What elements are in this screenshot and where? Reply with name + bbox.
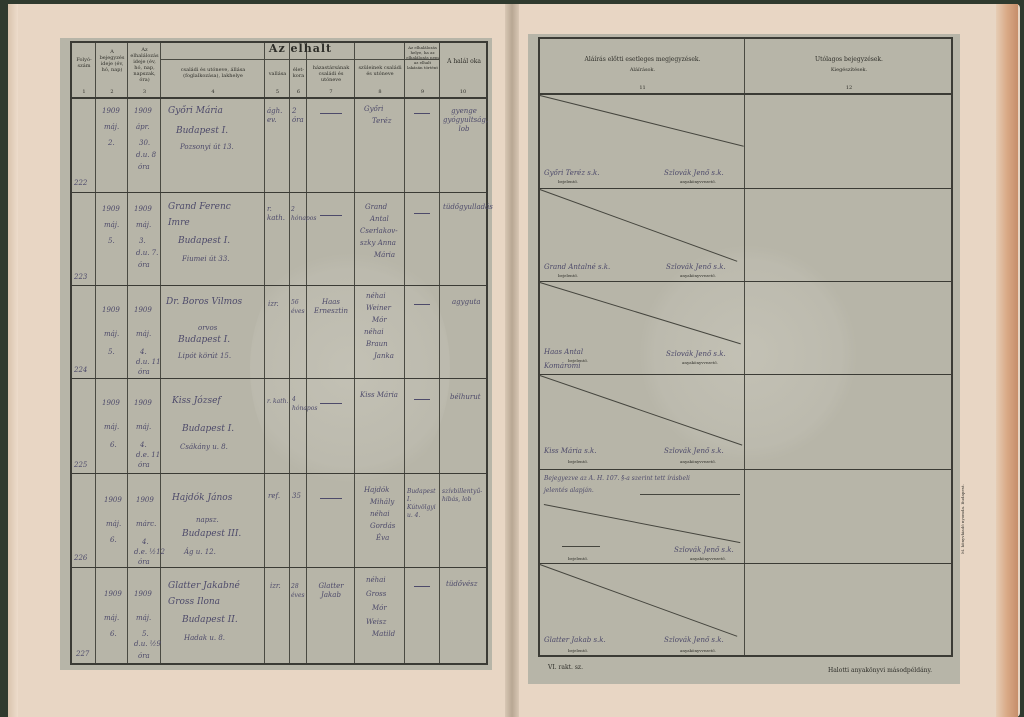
residence-street: Ág u. 12.: [184, 548, 216, 557]
religion: izr.: [268, 300, 279, 309]
reg-day: 2.: [108, 139, 115, 148]
registrar-label: anyakönyvvezető.: [680, 459, 716, 464]
left-page: Az elhalt Folyó-szám A bejegyzés ideje (…: [60, 38, 492, 670]
deceased-name: Dr. Boros Vilmos: [166, 298, 242, 307]
religion: ágh. ev.: [267, 107, 289, 125]
col-num-11: 11: [540, 85, 745, 91]
cause-of-death: gyenge gyógyultság, lob: [443, 107, 485, 134]
parent-line: Cserlakov-: [360, 227, 398, 236]
death-year: 1909: [136, 496, 154, 505]
deceased-occupation: Gross Ilona: [168, 598, 220, 607]
reg-month: máj.: [104, 614, 119, 623]
entry-number: 222: [74, 179, 87, 188]
residence-street: Csákány u. 8.: [180, 443, 228, 452]
registrar-signature: Szlovák Jenő s.k.: [666, 263, 726, 272]
parent-line: Weisz: [366, 618, 386, 627]
reg-month: máj.: [104, 221, 119, 230]
deceased-name: Győri Mária: [168, 107, 223, 116]
strike-line: [540, 282, 741, 344]
declarant-label: bejelentő.: [558, 179, 578, 184]
book-spine: [505, 4, 519, 717]
place-empty-dash: [414, 213, 430, 214]
death-place: Budapest I. Kútvölgyi u. 4.: [407, 488, 439, 520]
remark-note: Bejegyezve az A. H. 107. §-a szerint tet…: [544, 474, 690, 483]
declarant-signature: Haas Antal: [544, 348, 583, 357]
col-num-3: 3: [128, 89, 161, 95]
residence-city: Budapest I.: [178, 336, 230, 345]
reg-month: máj.: [104, 423, 119, 432]
parent-line: Antal: [370, 215, 389, 224]
reg-year: 1909: [104, 590, 122, 599]
residence-street: Pozsonyi út 13.: [180, 143, 234, 152]
age: 2 óra: [292, 107, 306, 125]
death-register-table: Az elhalt Folyó-szám A bejegyzés ideje (…: [70, 41, 488, 665]
col-header-10: A halál oka: [442, 55, 486, 69]
remarks-row: Glatter Jakab s.k. bejelentő. Szlovák Je…: [540, 564, 951, 659]
place-empty-dash: [414, 304, 430, 305]
age: 56 éves: [291, 298, 306, 316]
parent-line: Janka: [374, 352, 394, 361]
col-num-6: 6: [290, 89, 307, 95]
strike-line: [540, 95, 744, 147]
declarant-label: bejelentő.: [568, 459, 588, 464]
strike-line: [544, 504, 741, 543]
reg-month: máj.: [106, 520, 121, 529]
residence-street: Lipót körút 15.: [178, 352, 231, 361]
spouse-name: Haas Ernesztin: [309, 298, 353, 316]
col-header-3: Az elhalálozás ideje (év, hó, nap, napsz…: [129, 47, 160, 83]
spouse-name: Glatter Jakab: [309, 582, 353, 600]
table-row: 223 1909 máj. 5. 1909 máj. 3. d.u. 7. ór…: [72, 193, 486, 286]
remark-note-2: jelentés alapján.: [544, 486, 594, 495]
col-num-7: 7: [307, 89, 355, 95]
deceased-name: Grand Ferenc: [168, 203, 231, 212]
death-year: 1909: [134, 399, 152, 408]
col-header-1: Folyó-szám: [72, 57, 96, 69]
residence-street: Hadak u. 8.: [184, 634, 225, 643]
death-day: 4.: [140, 348, 147, 357]
table-row: 226 1909 máj. 6. 1909 márc. 4. d.e. ½12 …: [72, 474, 486, 568]
col12-subtitle: Kiegészítések.: [745, 67, 953, 73]
declarant-label: bejelentő.: [558, 273, 578, 278]
age: 28 éves: [291, 582, 306, 600]
residence-city: Budapest I.: [176, 127, 228, 136]
death-month: máj.: [136, 330, 151, 339]
death-month: máj.: [136, 614, 151, 623]
parent-line: néhai: [364, 328, 384, 337]
reg-month: máj.: [104, 123, 119, 132]
strike-line: [540, 564, 738, 637]
parent-line: Mór: [372, 604, 387, 613]
reg-year: 1909: [104, 496, 122, 505]
parent-line: Matild: [372, 630, 395, 639]
registrar-label: anyakönyvvezető.: [690, 556, 726, 561]
reg-year: 1909: [102, 205, 120, 214]
declarant-signature: Glatter Jakab s.k.: [544, 636, 606, 645]
age: 4 hónapos: [292, 395, 306, 413]
footer-form-title: Halotti anyakönyvi másodpéldány.: [828, 667, 932, 674]
fill-line: [640, 494, 740, 495]
col11-subtitle: Aláírások.: [540, 67, 745, 73]
death-month: márc.: [136, 520, 156, 529]
reg-year: 1909: [102, 107, 120, 116]
place-empty-dash: [414, 399, 430, 400]
deceased-name: Glatter Jakabné: [168, 582, 240, 591]
death-year: 1909: [134, 205, 152, 214]
col11-title: Aláírás előtti esetleges megjegyzések.: [540, 57, 745, 63]
reg-day: 5.: [108, 348, 115, 357]
printer-imprint: M. könyvkiadó nyomda. Budapest.: [960, 484, 965, 554]
religion: r. kath.: [267, 397, 288, 406]
registrar-signature: Szlovák Jenő s.k.: [666, 350, 726, 359]
parent-line: Mór: [372, 316, 387, 325]
col-header-4: családi és utóneve, állása (foglalkozása…: [167, 67, 259, 79]
death-year: 1909: [134, 306, 152, 315]
remarks-row: Grand Antalné s.k. bejelentő. Szlovák Je…: [540, 189, 951, 282]
death-hour-label: óra: [138, 558, 150, 567]
deceased-occupation: napsz.: [196, 516, 219, 525]
parent-line: Weiner: [366, 304, 391, 313]
col-header-5: vallása: [265, 71, 290, 77]
deceased-name: Hajdók János: [172, 494, 232, 503]
death-year: 1909: [134, 107, 152, 116]
cause-of-death: tüdővész: [446, 580, 477, 589]
reg-day: 6.: [110, 630, 117, 639]
death-hour-label: óra: [138, 461, 150, 470]
strike-line: [540, 375, 743, 446]
age: 35: [292, 492, 301, 501]
place-empty-dash: [414, 113, 430, 114]
col-header-8: szüleinek családi és utóneve: [357, 65, 403, 77]
remarks-row: Haas Antal bejelentő. Komáromi Szlovák J…: [540, 282, 951, 375]
col-header-9: Az elhalálozás helye, ha az elhalálozás …: [406, 45, 439, 70]
parent-line: Győri: [364, 105, 383, 114]
col-num-1: 1: [72, 89, 96, 95]
col-num-4: 4: [161, 89, 265, 95]
declarant-signature-2: Komáromi: [544, 362, 581, 371]
blank-line: [562, 546, 600, 547]
death-day: 4.: [140, 441, 147, 450]
cause-of-death: szívbillentyű-hibás, lob: [442, 488, 486, 504]
reg-year: 1909: [102, 399, 120, 408]
death-month: ápr.: [136, 123, 149, 132]
remarks-table: Aláírás előtti esetleges megjegyzések. A…: [538, 37, 953, 657]
religion: izr.: [270, 582, 281, 591]
residence-city: Budapest II.: [182, 616, 238, 625]
registrar-signature: Szlovák Jenő s.k.: [674, 546, 734, 555]
cause-of-death: bélhurut: [450, 393, 481, 402]
remarks-row: Kiss Mária s.k. bejelentő. Szlovák Jenő …: [540, 375, 951, 470]
header-title: Az elhalt: [161, 46, 440, 52]
residence-city: Budapest I.: [178, 237, 230, 246]
parent-line: Hajdók: [364, 486, 389, 495]
remarks-header: Aláírás előtti esetleges megjegyzések. A…: [540, 39, 951, 95]
residence-street: Fiumei út 33.: [182, 255, 230, 264]
death-hour-label: óra: [138, 163, 150, 172]
spouse-empty-dash: [320, 498, 342, 499]
parent-line: szky Anna: [360, 239, 396, 248]
deceased-occupation: Imre: [168, 219, 190, 228]
col-num-9: 9: [405, 89, 440, 95]
strike-line: [540, 189, 738, 262]
parent-line: Braun: [366, 340, 388, 349]
death-day: 5.: [142, 630, 149, 639]
death-time: d.e. ½12: [134, 548, 165, 557]
place-empty-dash: [414, 586, 430, 587]
parent-line: Grand: [365, 203, 387, 212]
col12-title: Utólagos bejegyzések.: [745, 57, 953, 63]
col-num-5: 5: [265, 89, 290, 95]
parent-line: Mária: [374, 251, 395, 260]
death-hour-label: óra: [138, 261, 150, 270]
right-page: Aláírás előtti esetleges megjegyzések. A…: [528, 34, 960, 684]
col-num-2: 2: [96, 89, 128, 95]
table-row: 225 1909 máj. 6. 1909 máj. 4. d.e. 11 ór…: [72, 379, 486, 474]
reg-month: máj.: [104, 330, 119, 339]
col-num-12: 12: [745, 85, 953, 91]
declarant-label: bejelentő.: [568, 556, 588, 561]
death-month: máj.: [136, 423, 151, 432]
death-year: 1909: [134, 590, 152, 599]
table-header: Az elhalt Folyó-szám A bejegyzés ideje (…: [72, 43, 486, 99]
registrar-signature: Szlovák Jenő s.k.: [664, 447, 724, 456]
death-time: d.u. 7.: [136, 249, 158, 258]
death-month: máj.: [136, 221, 151, 230]
declarant-signature: Kiss Mária s.k.: [544, 447, 597, 456]
col-num-8: 8: [355, 89, 405, 95]
cause-of-death: tüdőgyulladás: [443, 203, 485, 212]
col-header-7: házastársának családi és utóneve: [309, 65, 353, 83]
declarant-label: bejelentő.: [568, 648, 588, 653]
table-row: 222 1909 máj. 2. 1909 ápr. 30. d.u. 8 ór…: [72, 99, 486, 193]
table-row: 227 1909 máj. 6. 1909 máj. 5. d.u. ½9 ór…: [72, 568, 486, 663]
registrar-label: anyakönyvvezető.: [680, 648, 716, 653]
entry-number: 223: [74, 273, 87, 282]
death-hour-label: óra: [138, 368, 150, 377]
death-time: d.u. 8: [136, 151, 156, 160]
page-edge-right: [996, 4, 1018, 717]
declarant-signature: Győri Teréz s.k.: [544, 169, 600, 178]
spouse-empty-dash: [320, 403, 342, 404]
religion: r. kath.: [267, 205, 289, 223]
death-time: d.u. ½9: [134, 640, 161, 649]
parent-line: Gross: [366, 590, 386, 599]
death-day: 30.: [139, 139, 150, 148]
parent-line: Kiss Mária: [360, 391, 398, 400]
reg-day: 6.: [110, 536, 117, 545]
parent-line: néhai: [366, 292, 386, 301]
registrar-signature: Szlovák Jenő s.k.: [664, 636, 724, 645]
spouse-empty-dash: [320, 215, 342, 216]
deceased-occupation: orvos: [198, 324, 217, 333]
cause-of-death: agyguta: [452, 298, 481, 307]
parent-line: Teréz: [372, 117, 391, 126]
religion: ref.: [268, 492, 280, 501]
residence-city: Budapest I.: [182, 425, 234, 434]
registrar-signature: Szlovák Jenő s.k.: [664, 169, 724, 178]
reg-day: 5.: [108, 237, 115, 246]
registrar-label: anyakönyvvezető.: [680, 273, 716, 278]
death-day: 3.: [139, 237, 146, 246]
registrar-label: anyakönyvvezető.: [682, 360, 718, 365]
death-hour-label: óra: [138, 652, 150, 661]
reg-year: 1909: [102, 306, 120, 315]
residence-city: Budapest III.: [182, 530, 241, 539]
remarks-row: Győri Teréz s.k. bejelentő. Szlovák Jenő…: [540, 95, 951, 189]
death-time: d.u. 11: [136, 358, 161, 367]
parent-line: Gordás: [370, 522, 395, 531]
parent-line: Mihály: [370, 498, 394, 507]
parent-line: néhai: [366, 576, 386, 585]
registrar-label: anyakönyvvezető.: [680, 179, 716, 184]
deceased-name: Kiss József: [172, 397, 221, 406]
entry-number: 225: [74, 461, 87, 470]
death-day: 4.: [142, 538, 149, 547]
col-num-10: 10: [440, 89, 486, 95]
table-row: 224 1909 máj. 5. 1909 máj. 4. d.u. 11 ór…: [72, 286, 486, 379]
remarks-row: Bejegyezve az A. H. 107. §-a szerint tet…: [540, 470, 951, 564]
page-edge-left: [8, 4, 18, 717]
col-header-2: A bejegyzés ideje (év, hó, nap): [97, 49, 127, 73]
death-time: d.e. 11: [136, 451, 160, 460]
age: 2 hónapos: [291, 205, 306, 223]
col-header-6: élet-kora: [290, 67, 307, 79]
entry-number: 226: [74, 554, 87, 563]
reg-day: 6.: [110, 441, 117, 450]
entry-number: 224: [74, 366, 87, 375]
parent-line: Éva: [376, 534, 389, 543]
declarant-signature: Grand Antalné s.k.: [544, 263, 610, 272]
spouse-empty-dash: [320, 113, 342, 114]
entry-number: 227: [76, 650, 89, 659]
footer-form-number: VI. rakt. sz.: [548, 664, 583, 671]
parent-line: néhai: [370, 510, 390, 519]
